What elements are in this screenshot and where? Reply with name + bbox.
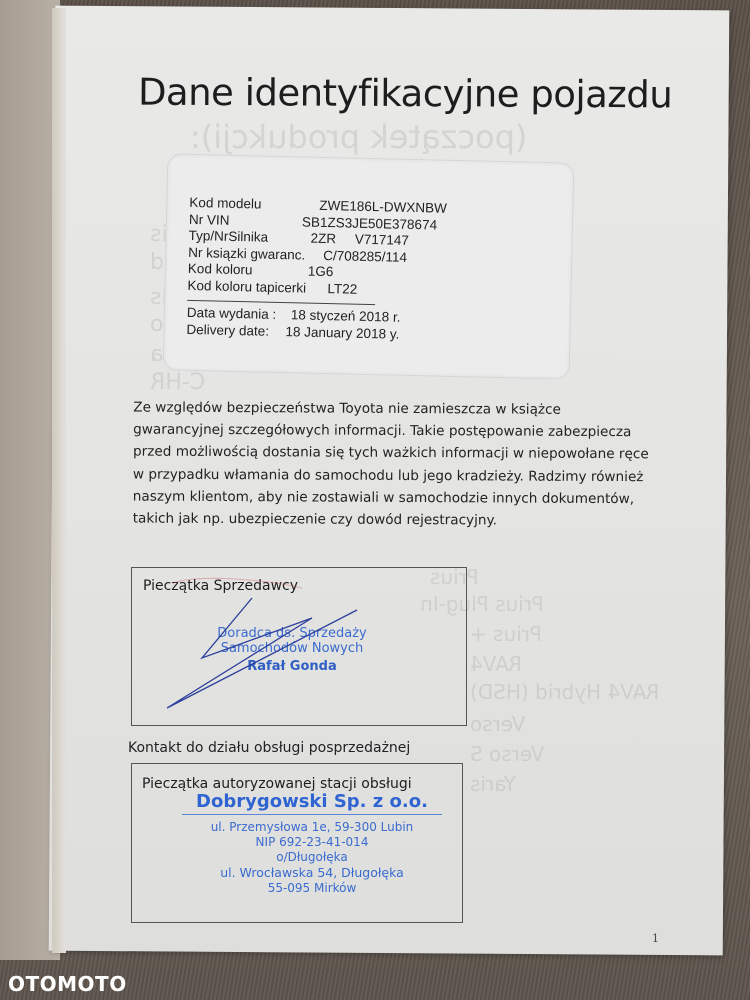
notice-line: takich jak np. ubezpieczenie czy dowód r… <box>133 508 693 533</box>
stamp-line: ul. Przemysłowa 1e, 59-300 Lubin <box>182 820 442 835</box>
vehicle-id-sticker: Kod modelu ZWE186L-DWXNBW Nr VIN SB1ZS3J… <box>163 153 575 379</box>
ghost-line: RAV4 <box>470 652 522 676</box>
seller-stamp-box: Pieczątka Sprzedawcy Doradca ds. Sprzeda… <box>131 567 467 726</box>
label-value: LT22 <box>327 281 357 298</box>
stamp-line: 55-095 Mirków <box>182 881 442 896</box>
service-stamp-box: Pieczątka autoryzowanej stacji obsługi D… <box>131 763 463 923</box>
ghost-line: Prius + <box>470 622 542 646</box>
label-key: Nr VIN <box>189 211 230 228</box>
otomoto-watermark-logo: OTOMOTO <box>8 972 127 996</box>
ghost-line: Verso <box>470 712 525 736</box>
ghost-line: Yaris <box>470 772 516 796</box>
ghost-line: RAV4 Hybrid (HSD) <box>470 680 659 704</box>
stamp-line: ul. Wrocławska 54, Długołęka <box>182 865 442 881</box>
notice-line: gwarancyjnej szczegółowych informacji. T… <box>133 419 693 444</box>
notice-line: naszym klientom, aby nie zostawiali w sa… <box>133 485 693 510</box>
service-stamp: Dobrygowski Sp. z o.o. ul. Przemysłowa 1… <box>182 791 442 896</box>
signature-icon <box>132 568 466 725</box>
label-value: 1G6 <box>308 264 334 281</box>
stamp-company-name: Dobrygowski Sp. z o.o. <box>182 791 442 815</box>
notice-line: w przypadku włamania do samochodu lub je… <box>133 463 693 488</box>
label-key: Delivery date: <box>186 321 269 339</box>
label-divider <box>187 300 375 305</box>
stamp-line: o/Długołęka <box>182 850 442 865</box>
label-key: Data wydania : <box>187 305 277 324</box>
label-row-delivery-date: Delivery date: 18 January 2018 y. <box>186 321 374 342</box>
label-key: Kod koloru tapicerki <box>187 277 306 296</box>
label-value: 18 January 2018 y. <box>285 324 399 343</box>
label-key: Kod modelu <box>189 195 261 213</box>
notice-line: przed możliwością dostania się tych ważk… <box>133 441 693 466</box>
service-contact-heading: Kontakt do działu obsługi posprzedażnej <box>128 740 410 756</box>
page-title: Dane identyfikacyjne pojazdu <box>138 71 672 117</box>
notice-line: Ze względów bezpieczeństwa Toyota nie za… <box>133 397 693 422</box>
ghost-line: C-HR <box>150 370 205 395</box>
security-notice: Ze względów bezpieczeństwa Toyota nie za… <box>133 397 694 533</box>
stamp-line: NIP 692-23-41-014 <box>182 835 442 850</box>
label-key: Kod koloru <box>188 261 253 279</box>
page-number: 1 <box>652 932 659 945</box>
page-binding-edge <box>52 8 66 953</box>
ghost-line: (początek produkcji): <box>190 118 527 156</box>
label-value: C/708285/114 <box>323 247 407 265</box>
service-stamp-box-title: Pieczątka autoryzowanej stacji obsługi <box>142 776 412 792</box>
label-key: Typ/NrSilnika <box>188 228 268 246</box>
label-row-upholstery-code: Kod koloru tapicerki LT22 <box>187 277 375 298</box>
ghost-line: Verso S <box>470 742 544 766</box>
